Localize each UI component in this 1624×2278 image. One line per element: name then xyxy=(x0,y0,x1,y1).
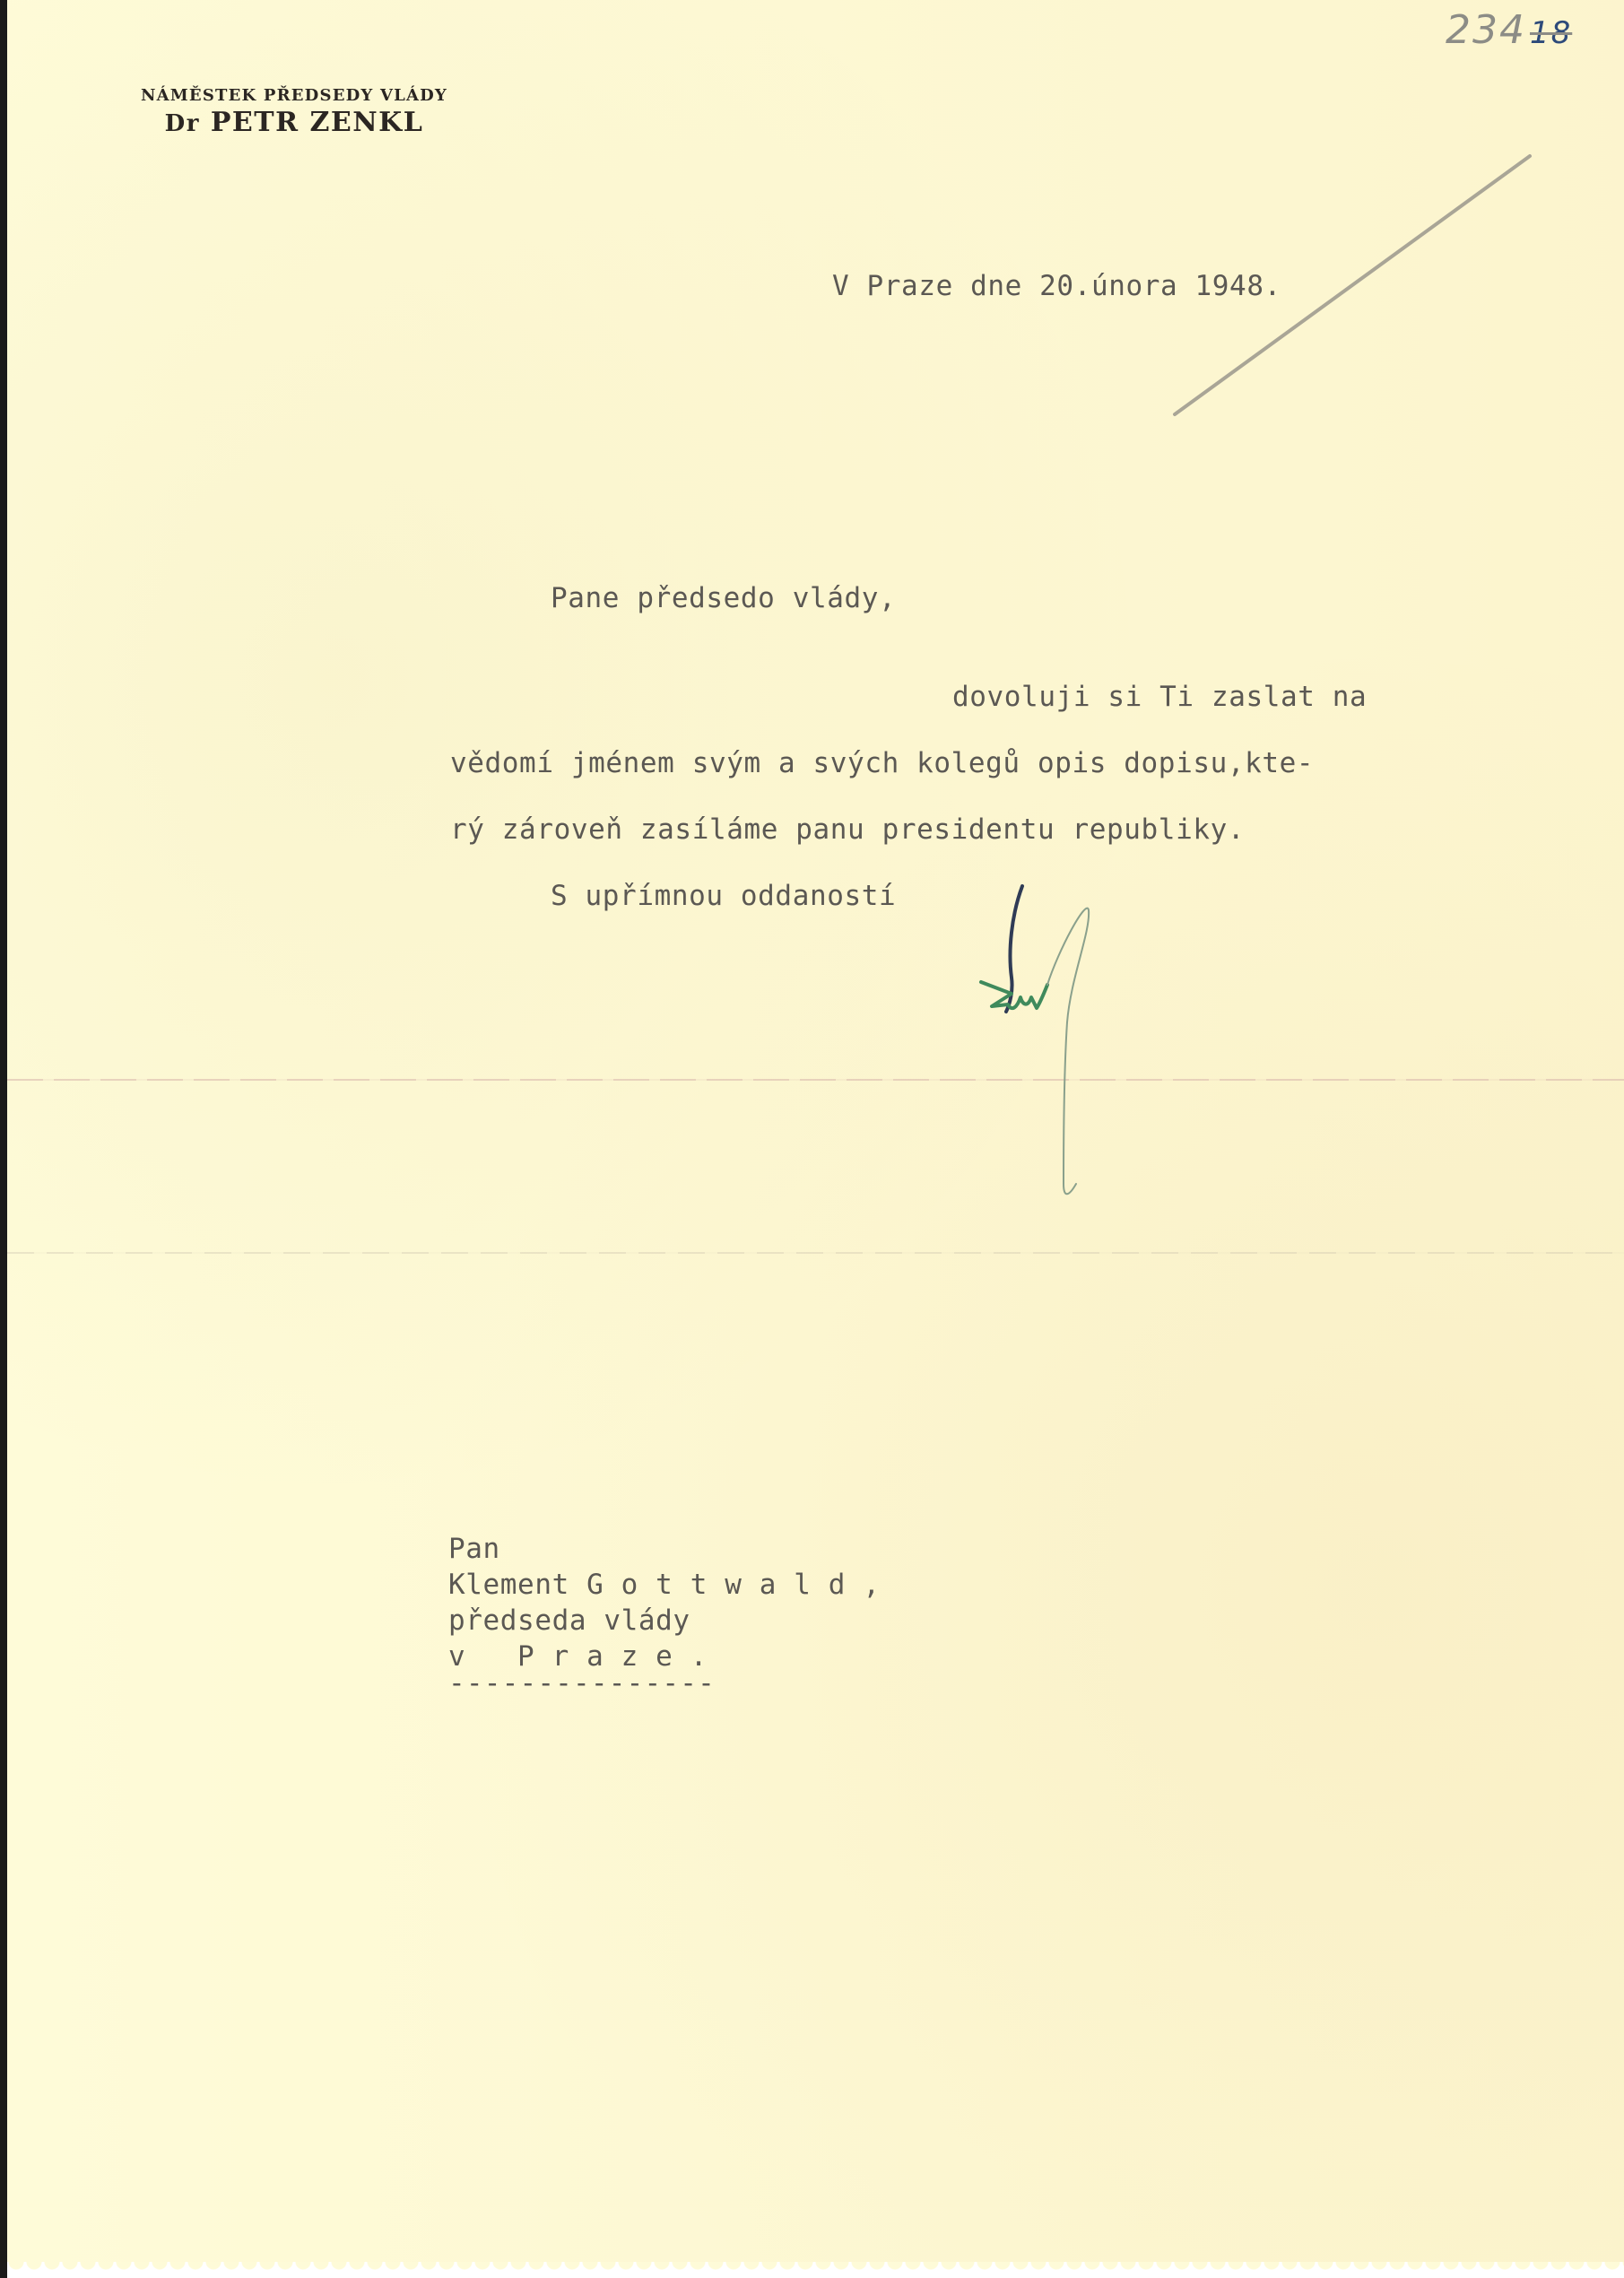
archive-number: 23418 xyxy=(1446,7,1572,53)
place-date: V Praze dne 20.února 1948. xyxy=(832,273,1281,300)
address-line-3: předseda vlády xyxy=(448,1607,690,1635)
letter-page xyxy=(7,0,1624,2267)
letterhead-name-line: Dr PETR ZENKL xyxy=(133,107,456,138)
salutation: Pane předsedo vlády, xyxy=(551,585,896,613)
address-underline: --------------- xyxy=(448,1670,716,1698)
letterhead-title: NÁMĚSTEK PŘEDSEDY VLÁDY xyxy=(133,86,456,105)
address-line-1: Pan xyxy=(448,1535,500,1563)
fold-line-upper xyxy=(7,1079,1624,1081)
closing: S upřímnou oddaností xyxy=(551,883,896,910)
archive-number-current: 234 xyxy=(1446,7,1526,53)
body-line-1: dovoluji si Ti zaslat na xyxy=(952,683,1367,711)
fold-line-lower xyxy=(7,1252,1624,1254)
address-line-2: Klement G o t t w a l d , xyxy=(448,1571,881,1599)
archive-number-struck: 18 xyxy=(1530,15,1572,51)
scan-left-border xyxy=(0,0,7,2278)
torn-bottom-edge xyxy=(7,2262,1624,2278)
body-line-3: rý zároveň zasíláme panu presidentu repu… xyxy=(450,816,1245,844)
letterhead-name: PETR ZENKL xyxy=(211,107,423,138)
letterhead-name-prefix: Dr xyxy=(165,110,200,137)
letterhead: NÁMĚSTEK PŘEDSEDY VLÁDY Dr PETR ZENKL xyxy=(133,86,456,138)
body-line-2: vědomí jménem svým a svých kolegů opis d… xyxy=(450,750,1314,778)
